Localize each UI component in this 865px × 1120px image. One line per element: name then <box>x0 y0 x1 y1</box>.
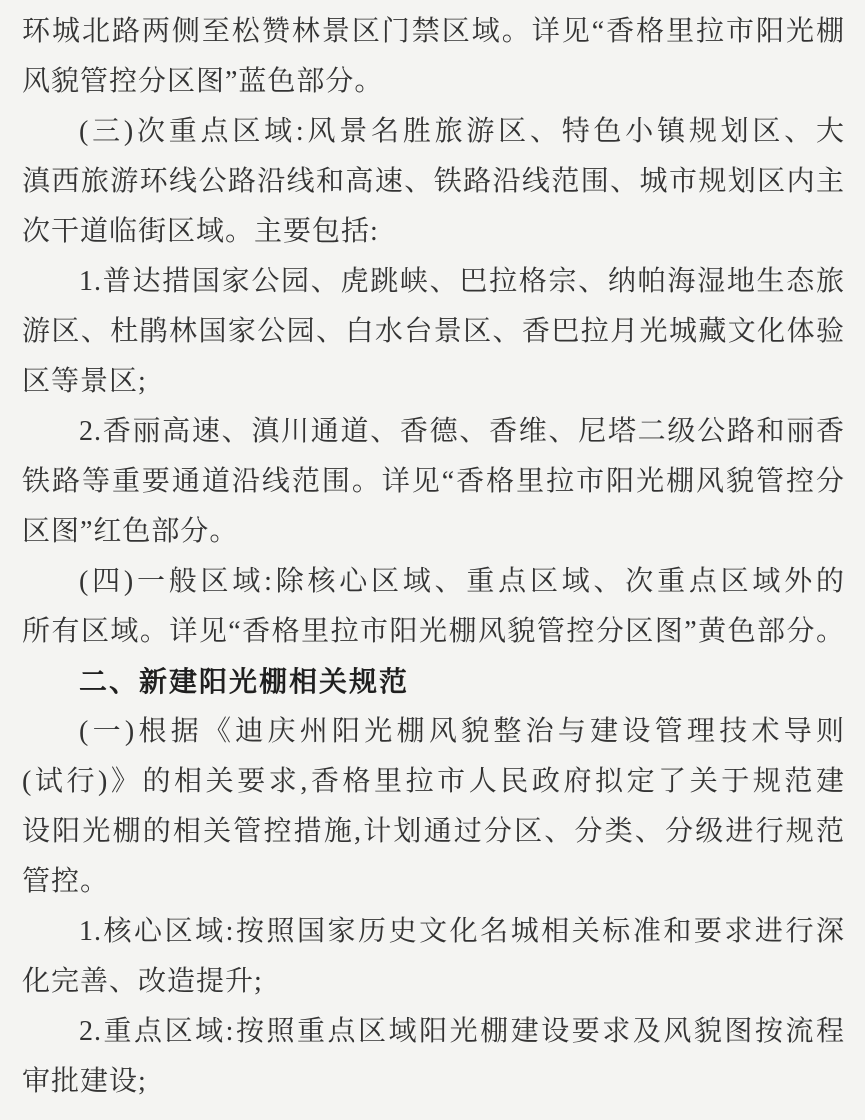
text-line: 区图”红色部分。 <box>22 507 845 557</box>
text-line: 设阳光棚的相关管控措施,计划通过分区、分类、分级进行规范 <box>22 807 845 857</box>
text-line: 风貌管控分区图”蓝色部分。 <box>22 57 845 107</box>
text-line: 游区、杜鹃林国家公园、白水台景区、香巴拉月光城藏文化体验 <box>22 307 845 357</box>
document-page: 环城北路两侧至松赞林景区门禁区域。详见“香格里拉市阳光棚 风貌管控分区图”蓝色部… <box>0 0 865 1120</box>
text-line: 滇西旅游环线公路沿线和高速、铁路沿线范围、城市规划区内主 <box>22 157 845 207</box>
text-line: (试行)》的相关要求,香格里拉市人民政府拟定了关于规范建 <box>22 757 845 807</box>
text-line: 环城北路两侧至松赞林景区门禁区域。详见“香格里拉市阳光棚 <box>22 7 845 57</box>
text-line: 化完善、改造提升; <box>22 957 845 1007</box>
text-line: 次干道临街区域。主要包括: <box>22 207 845 257</box>
text-line: 1.普达措国家公园、虎跳峡、巴拉格宗、纳帕海湿地生态旅 <box>22 257 845 307</box>
text-line: (四)一般区域:除核心区域、重点区域、次重点区域外的 <box>22 557 845 607</box>
text-line: 所有区域。详见“香格里拉市阳光棚风貌管控分区图”黄色部分。 <box>22 607 845 657</box>
text-line: 2.香丽高速、滇川通道、香德、香维、尼塔二级公路和丽香 <box>22 407 845 457</box>
text-line: (三)次重点区域:风景名胜旅游区、特色小镇规划区、大 <box>22 107 845 157</box>
text-line: 铁路等重要通道沿线范围。详见“香格里拉市阳光棚风貌管控分 <box>22 457 845 507</box>
text-line: 管控。 <box>22 857 845 907</box>
text-line: 1.核心区域:按照国家历史文化名城相关标准和要求进行深 <box>22 907 845 957</box>
text-line: (一)根据《迪庆州阳光棚风貌整治与建设管理技术导则 <box>22 707 845 757</box>
text-line: 审批建设; <box>22 1057 845 1107</box>
text-line: 区等景区; <box>22 357 845 407</box>
text-line: 2.重点区域:按照重点区域阳光棚建设要求及风貌图按流程 <box>22 1007 845 1057</box>
section-heading: 二、新建阳光棚相关规范 <box>22 657 845 707</box>
